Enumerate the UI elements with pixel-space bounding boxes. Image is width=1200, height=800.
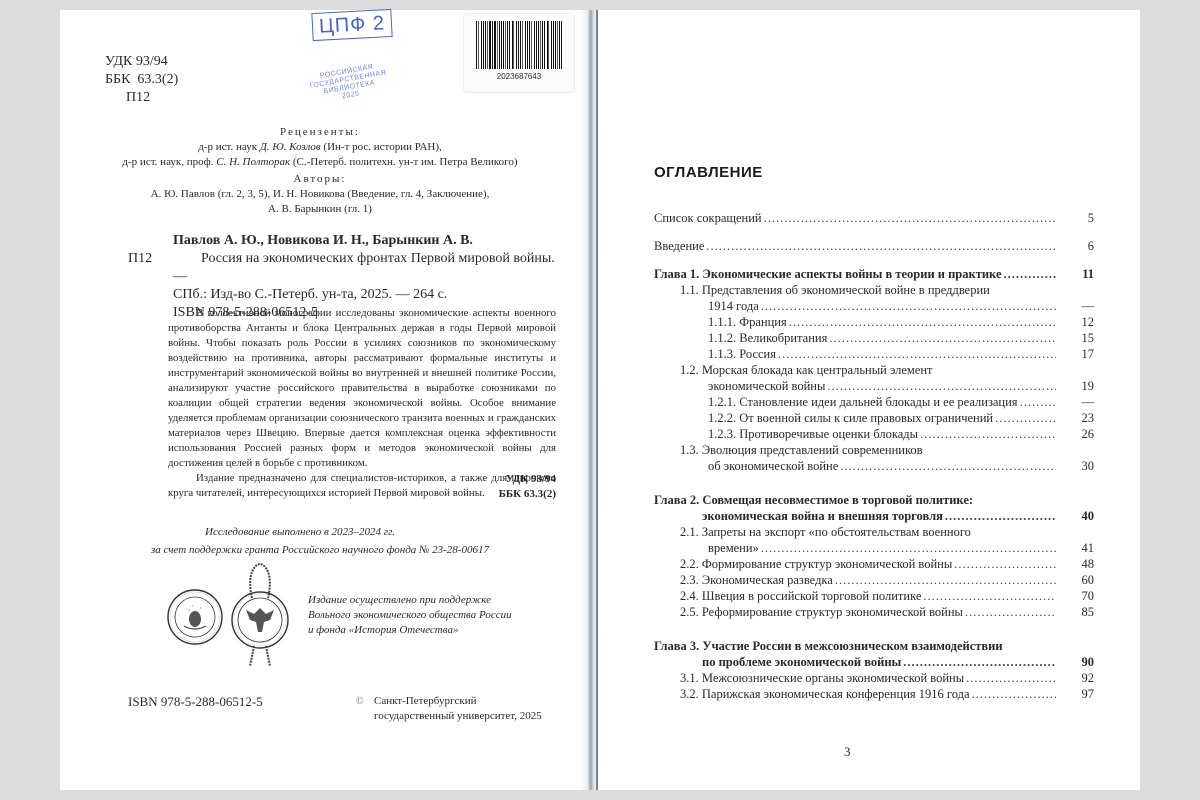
toc-entry[interactable]: 3.2. Парижская экономическая конференция… (654, 686, 1094, 702)
reviewer-name: Д. Ю. Козлов (260, 141, 321, 153)
udk-code: УДК 93/94 (105, 53, 178, 71)
reviewer-degree: д-р ист. наук (198, 141, 260, 153)
toc-entry-label: экономическая война и внешняя торговля (702, 508, 943, 524)
abstract-paragraph: В коллективной монографии исследованы эк… (168, 306, 556, 471)
toc-entry[interactable]: 1.3. Эволюция представлений современнико… (654, 442, 1094, 458)
spine-shadow (596, 10, 598, 790)
toc-chapter[interactable]: Глава 3. Участие России в межсоюзническо… (654, 638, 1094, 654)
toc-entry-label: 1.1. Представления об экономической войн… (680, 282, 990, 298)
reviewers-heading: Рецензенты: (60, 125, 580, 140)
toc-entry-label: 1.2. Морская блокада как центральный эле… (680, 362, 933, 378)
toc-entry[interactable]: 2.1. Запреты на экспорт «по обстоятельст… (654, 524, 1094, 540)
barcode-label: 2023687643 (463, 13, 575, 93)
copyright-line: государственный университет, 2025 (356, 709, 542, 724)
toc-entry-label: 1.2.2. От военной силы к силе правовых о… (708, 410, 993, 426)
support-note: Издание осуществлено при поддержке Вольн… (308, 593, 512, 638)
toc-entry-label: 1.2.3. Противоречивые оценки блокады (708, 426, 918, 442)
toc-entry-label: экономической войны (708, 378, 825, 394)
toc-entry-page: 15 (1058, 330, 1094, 346)
toc-entry-page: 41 (1058, 540, 1094, 556)
copyright: © Санкт-Петербургский государственный ун… (356, 694, 542, 724)
catalog-imprint: СПб.: Изд-во С.-Петерб. ун-та, 2025. — 2… (128, 286, 568, 304)
toc-chapter[interactable]: по проблеме экономической войны 90 (654, 654, 1094, 670)
toc-entry-label: 2.3. Экономическая разведка (680, 572, 833, 588)
toc-leader (789, 314, 1056, 330)
barcode-icon (476, 21, 564, 69)
toc-entry-label: Глава 1. Экономические аспекты войны в т… (654, 266, 1002, 282)
toc-entry[interactable]: 1.1.3. Россия17 (654, 346, 1094, 362)
toc-entry-label: 3.2. Парижская экономическая конференция… (680, 686, 970, 702)
toc-leader (972, 686, 1056, 702)
toc-chapter[interactable]: Глава 1. Экономические аспекты войны в т… (654, 266, 1094, 282)
toc-chapter[interactable]: экономическая война и внешняя торговля 4… (654, 508, 1094, 524)
library-stamp: РОССИЙСКАЯ ГОСУДАРСТВЕННАЯ БИБЛИОТЕКА 20… (308, 62, 390, 107)
history-seal-icon (228, 562, 292, 670)
catalog-title-row: П12 Россия на экономических фронтах Перв… (128, 250, 568, 286)
toc-leader (827, 378, 1056, 394)
toc-leader (764, 210, 1056, 226)
grant-line: Исследование выполнено в 2023–2024 гг. (60, 523, 580, 541)
table-of-contents: Список сокращений 5 Введение6 Глава 1. Э… (654, 210, 1094, 702)
toc-entry-label: Глава 2. Совмещая несовместимое в торгов… (654, 492, 973, 508)
toc-entry-label: Введение (654, 238, 704, 254)
copyright-line: Санкт-Петербургский (356, 694, 542, 709)
bbk-code: ББК 63.3(2) (360, 487, 556, 502)
toc-entry-label: 3.1. Межсоюзнические органы экономическо… (680, 670, 964, 686)
toc-entry[interactable]: 1.1.1. Франция12 (654, 314, 1094, 330)
toc-entry[interactable]: 2.2. Формирование структур экономической… (654, 556, 1094, 572)
credits-block: Рецензенты: д-р ист. наук Д. Ю. Козлов (… (60, 124, 580, 217)
toc-entry[interactable]: 1914 года— (654, 298, 1094, 314)
toc-leader (840, 458, 1056, 474)
grant-line: за счет поддержки гранта Российского нау… (60, 541, 580, 559)
right-page: ОГЛАВЛЕНИЕ Список сокращений 5 Введение6… (600, 10, 1140, 790)
catalog-title: Россия на экономических фронтах Первой м… (173, 250, 568, 286)
toc-entry[interactable]: 2.5. Реформирование структур экономическ… (654, 604, 1094, 620)
toc-entry[interactable]: 1.1. Представления об экономической войн… (654, 282, 1094, 298)
toc-entry-page: 12 (1058, 314, 1094, 330)
barcode-number: 2023687643 (464, 72, 574, 81)
toc-leader (778, 346, 1056, 362)
support-line: Издание осуществлено при поддержке (308, 593, 512, 608)
authors-heading: Авторы: (60, 172, 580, 187)
toc-entry-page: 6 (1058, 238, 1094, 254)
classification-block: УДК 93/94 ББК 63.3(2) П12 (105, 53, 178, 107)
bbk-code: ББК 63.3(2) (105, 71, 178, 89)
reviewer-degree: д-р ист. наук, проф. (122, 156, 216, 168)
toc-entry-page: 85 (1058, 604, 1094, 620)
toc-entry[interactable]: 1.1.2. Великобритания 15 (654, 330, 1094, 346)
reviewer-affiliation: (Ин-т рос. истории РАН), (321, 141, 442, 153)
grant-note: Исследование выполнено в 2023–2024 гг. з… (60, 523, 580, 559)
toc-entry-page: 26 (1058, 426, 1094, 442)
toc-entry-page: 48 (1058, 556, 1094, 572)
toc-entry-page: 23 (1058, 410, 1094, 426)
toc-leader (1004, 266, 1057, 282)
toc-entry-page: 30 (1058, 458, 1094, 474)
toc-entry-label: 2.4. Швеция в российской торговой полити… (680, 588, 921, 604)
toc-entry-label: 2.1. Запреты на экспорт «по обстоятельст… (680, 524, 971, 540)
toc-entry-label: 2.2. Формирование структур экономической… (680, 556, 952, 572)
reviewer-2: д-р ист. наук, проф. С. Н. Полторак (С.-… (60, 155, 580, 170)
toc-entry-page: 40 (1058, 508, 1094, 524)
toc-entry-page: 92 (1058, 670, 1094, 686)
toc-title: ОГЛАВЛЕНИЕ (654, 164, 763, 181)
author-mark: П12 (105, 89, 178, 107)
toc-leader (761, 298, 1056, 314)
toc-entry[interactable]: 2.4. Швеция в российской торговой полити… (654, 588, 1094, 604)
catalog-mark: П12 (128, 250, 152, 268)
toc-leader (923, 588, 1056, 604)
toc-entry-label: 1.1.3. Россия (708, 346, 776, 362)
classification-bottom: УДК 93/94 ББК 63.3(2) (360, 472, 556, 502)
page-number: 3 (844, 744, 851, 760)
reviewer-1: д-р ист. наук Д. Ю. Козлов (Ин-т рос. ис… (60, 140, 580, 155)
toc-entry[interactable]: времени» 41 (654, 540, 1094, 556)
toc-entry-page: 17 (1058, 346, 1094, 362)
toc-entry[interactable]: экономической войны 19 (654, 378, 1094, 394)
toc-entry[interactable]: 1.2.2. От военной силы к силе правовых о… (654, 410, 1094, 426)
toc-leader (835, 572, 1056, 588)
free-economic-society-emblem-icon (166, 588, 224, 646)
toc-leader (761, 540, 1056, 556)
toc-leader (995, 410, 1056, 426)
support-line: и фонда «История Отечества» (308, 623, 512, 638)
toc-entry-page: — (1058, 394, 1094, 410)
toc-entry[interactable]: 2.3. Экономическая разведка60 (654, 572, 1094, 588)
toc-entry-page: 90 (1058, 654, 1094, 670)
reviewer-affiliation: (С.-Петерб. политехн. ун-т им. Петра Вел… (290, 156, 517, 168)
toc-entry-page: 5 (1058, 210, 1094, 226)
toc-entry[interactable]: 1.2.3. Противоречивые оценки блокады26 (654, 426, 1094, 442)
toc-entry-label: 1.1.2. Великобритания (708, 330, 827, 346)
catalog-authors: Павлов А. Ю., Новикова И. Н., Барынкин А… (128, 232, 568, 250)
toc-entry-label: об экономической войне (708, 458, 838, 474)
toc-entry-label: по проблеме экономической войны (702, 654, 901, 670)
toc-entry[interactable]: 3.1. Межсоюзнические органы экономическо… (654, 670, 1094, 686)
toc-entry[interactable]: Введение6 (654, 238, 1094, 254)
toc-entry-label: 1.2.1. Становление идеи дальней блокады … (708, 394, 1018, 410)
udk-code: УДК 93/94 (360, 472, 556, 487)
book-spread: УДК 93/94 ББК 63.3(2) П12 ЦПФ 2 РОССИЙСК… (60, 10, 1140, 790)
toc-leader (954, 556, 1056, 572)
toc-entry-page: 70 (1058, 588, 1094, 604)
toc-entry-label: Глава 3. Участие России в межсоюзническо… (654, 638, 1003, 654)
toc-entry[interactable]: 1.2. Морская блокада как центральный эле… (654, 362, 1094, 378)
toc-entry-label: Список сокращений (654, 210, 762, 226)
toc-entry-page: 11 (1058, 266, 1094, 282)
fund-stamp: ЦПФ 2 (311, 9, 392, 41)
toc-leader (1020, 394, 1056, 410)
toc-entry-page: 97 (1058, 686, 1094, 702)
toc-entry[interactable]: об экономической войне30 (654, 458, 1094, 474)
toc-leader (920, 426, 1056, 442)
toc-leader (903, 654, 1056, 670)
toc-leader (966, 670, 1056, 686)
toc-leader (706, 238, 1056, 254)
toc-entry-label: времени» (708, 540, 759, 556)
support-line: Вольного экономического общества России (308, 608, 512, 623)
toc-chapter[interactable]: Глава 2. Совмещая несовместимое в торгов… (654, 492, 1094, 508)
isbn: ISBN 978-5-288-06512-5 (128, 694, 263, 710)
authors-line: А. В. Барынкин (гл. 1) (60, 202, 580, 217)
toc-entry-label: 2.5. Реформирование структур экономическ… (680, 604, 963, 620)
toc-leader (945, 508, 1056, 524)
toc-entry-page: 60 (1058, 572, 1094, 588)
toc-leader (829, 330, 1056, 346)
toc-entry[interactable]: Список сокращений 5 (654, 210, 1094, 226)
toc-entry[interactable]: 1.2.1. Становление идеи дальней блокады … (654, 394, 1094, 410)
toc-leader (965, 604, 1056, 620)
toc-entry-label: 1.3. Эволюция представлений современнико… (680, 442, 923, 458)
left-page: УДК 93/94 ББК 63.3(2) П12 ЦПФ 2 РОССИЙСК… (60, 10, 580, 790)
toc-entry-page: 19 (1058, 378, 1094, 394)
toc-entry-label: 1914 года (708, 298, 759, 314)
toc-entry-label: 1.1.1. Франция (708, 314, 787, 330)
toc-entry-page: — (1058, 298, 1094, 314)
reviewer-name: С. Н. Полторак (216, 156, 290, 168)
authors-line: А. Ю. Павлов (гл. 2, 3, 5), И. Н. Новико… (60, 187, 580, 202)
copyright-icon: © (356, 694, 364, 709)
